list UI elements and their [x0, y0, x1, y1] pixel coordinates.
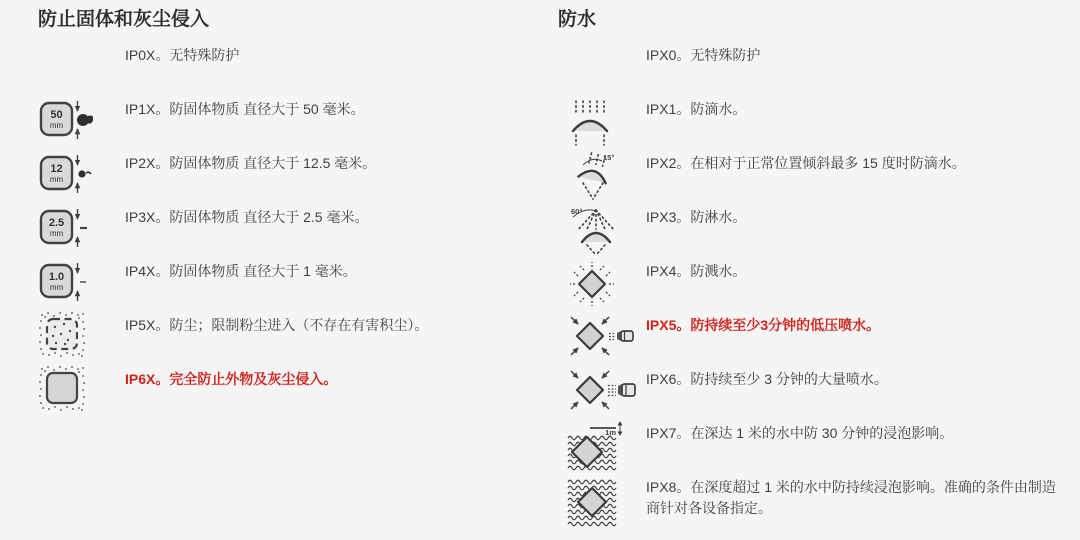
- svg-text:mm: mm: [50, 283, 64, 292]
- rating-row-ipx4: IPX4。防溅水。: [558, 260, 1080, 314]
- spraying-water-icon: 60°: [566, 204, 622, 256]
- rating-row-ipx2: 15° IPX2。在相对于正常位置倾斜最多 15 度时防滴水。: [558, 152, 1080, 206]
- rating-label: IP6X。完全防止外物及灰尘侵入。: [125, 368, 337, 390]
- object-2.5mm-icon: 2.5 mm: [38, 206, 94, 250]
- powerful-water-jet-icon: [566, 366, 640, 414]
- rating-label: IP5X。防尘；限制粉尘进入（不存在有害积尘）。: [125, 314, 428, 336]
- rating-row-ip5x: IP5X。防尘；限制粉尘进入（不存在有害积尘）。: [38, 314, 540, 368]
- svg-text:12: 12: [50, 163, 62, 175]
- rating-row-ipx5: IPX5。防持续至少3分钟的低压喷水。: [558, 314, 1080, 368]
- svg-text:1.0: 1.0: [49, 271, 64, 283]
- rating-row-ip3x: 2.5 mm IP3X。防固体物质 直径大于 2.5 毫米。: [38, 206, 540, 260]
- object-12mm-icon: 12 mm: [38, 152, 94, 196]
- rating-row-ip2x: 12 mm IP2X。防固体物质 直径大于 12.5 毫米。: [38, 152, 540, 206]
- rating-row-ip6x: IP6X。完全防止外物及灰尘侵入。: [38, 368, 540, 422]
- svg-text:2.5: 2.5: [49, 217, 64, 229]
- rating-row-ip4x: 1.0 mm IP4X。防固体物质 直径大于 1 毫米。: [38, 260, 540, 314]
- ip-rating-legend: 防止固体和灰尘侵入 IP0X。无特殊防护 50 mm IP1X。防固体物质 直径…: [0, 0, 1080, 540]
- rating-label: IPX4。防溅水。: [646, 260, 746, 282]
- dust-tight-icon: [38, 364, 86, 412]
- rating-label: IP3X。防固体物质 直径大于 2.5 毫米。: [125, 206, 368, 228]
- dust-protected-icon: [38, 310, 86, 358]
- rating-row-ip0x: IP0X。无特殊防护: [38, 44, 540, 98]
- rating-row-ipx6: IPX6。防持续至少 3 分钟的大量喷水。: [558, 368, 1080, 422]
- water-jet-icon: [566, 312, 640, 360]
- rating-label: IPX2。在相对于正常位置倾斜最多 15 度时防滴水。: [646, 152, 966, 174]
- tilted-drip-icon: 15°: [566, 150, 622, 202]
- continuous-submersion-icon: [566, 474, 618, 530]
- svg-text:50: 50: [50, 109, 62, 121]
- rating-label: IPX8。在深度超过 1 米的水中防持续浸泡影响。准确的条件由制造商针对各设备指…: [646, 476, 1058, 519]
- rating-row-ipx1: IPX1。防滴水。: [558, 98, 1080, 152]
- immersion-1m-icon: 1m: [566, 420, 628, 476]
- solids-section-title: 防止固体和灰尘侵入: [38, 6, 540, 34]
- object-1.0mm-icon: 1.0 mm: [38, 260, 94, 304]
- rating-label: IP0X。无特殊防护: [125, 44, 239, 66]
- rating-label: IPX6。防持续至少 3 分钟的大量喷水。: [646, 368, 888, 390]
- rating-label: IPX1。防滴水。: [646, 98, 746, 120]
- rating-label: IPX3。防淋水。: [646, 206, 746, 228]
- solids-protection-section: 防止固体和灰尘侵入 IP0X。无特殊防护 50 mm IP1X。防固体物质 直径…: [0, 0, 540, 540]
- rating-label: IP1X。防固体物质 直径大于 50 毫米。: [125, 98, 365, 120]
- svg-text:mm: mm: [50, 121, 64, 130]
- water-protection-section: 防水 IPX0。无特殊防护 IPX1。防滴水。 15°: [540, 0, 1080, 540]
- rating-row-ipx8: IPX8。在深度超过 1 米的水中防持续浸泡影响。准确的条件由制造商针对各设备指…: [558, 476, 1080, 530]
- rating-label: IPX0。无特殊防护: [646, 44, 760, 66]
- rating-row-ipx7: 1m IPX7。在深达 1 米的水中防 30 分钟的浸泡影响。: [558, 422, 1080, 476]
- svg-text:mm: mm: [50, 175, 64, 184]
- rating-label: IP2X。防固体物质 直径大于 12.5 毫米。: [125, 152, 376, 174]
- rating-label: IP4X。防固体物质 直径大于 1 毫米。: [125, 260, 357, 282]
- rating-row-ip1x: 50 mm IP1X。防固体物质 直径大于 50 毫米。: [38, 98, 540, 152]
- splashing-water-icon: [566, 258, 618, 310]
- rating-label: IPX5。防持续至少3分钟的低压喷水。: [646, 314, 880, 336]
- rating-label: IPX7。在深达 1 米的水中防 30 分钟的浸泡影响。: [646, 422, 953, 444]
- object-50mm-icon: 50 mm: [38, 98, 94, 142]
- rating-row-ipx0: IPX0。无特殊防护: [558, 44, 1080, 98]
- svg-text:mm: mm: [50, 229, 64, 238]
- svg-text:1m: 1m: [605, 428, 616, 437]
- dripping-water-icon: [566, 98, 614, 146]
- water-section-title: 防水: [558, 6, 1080, 34]
- rating-row-ipx3: 60° IPX3。防淋水。: [558, 206, 1080, 260]
